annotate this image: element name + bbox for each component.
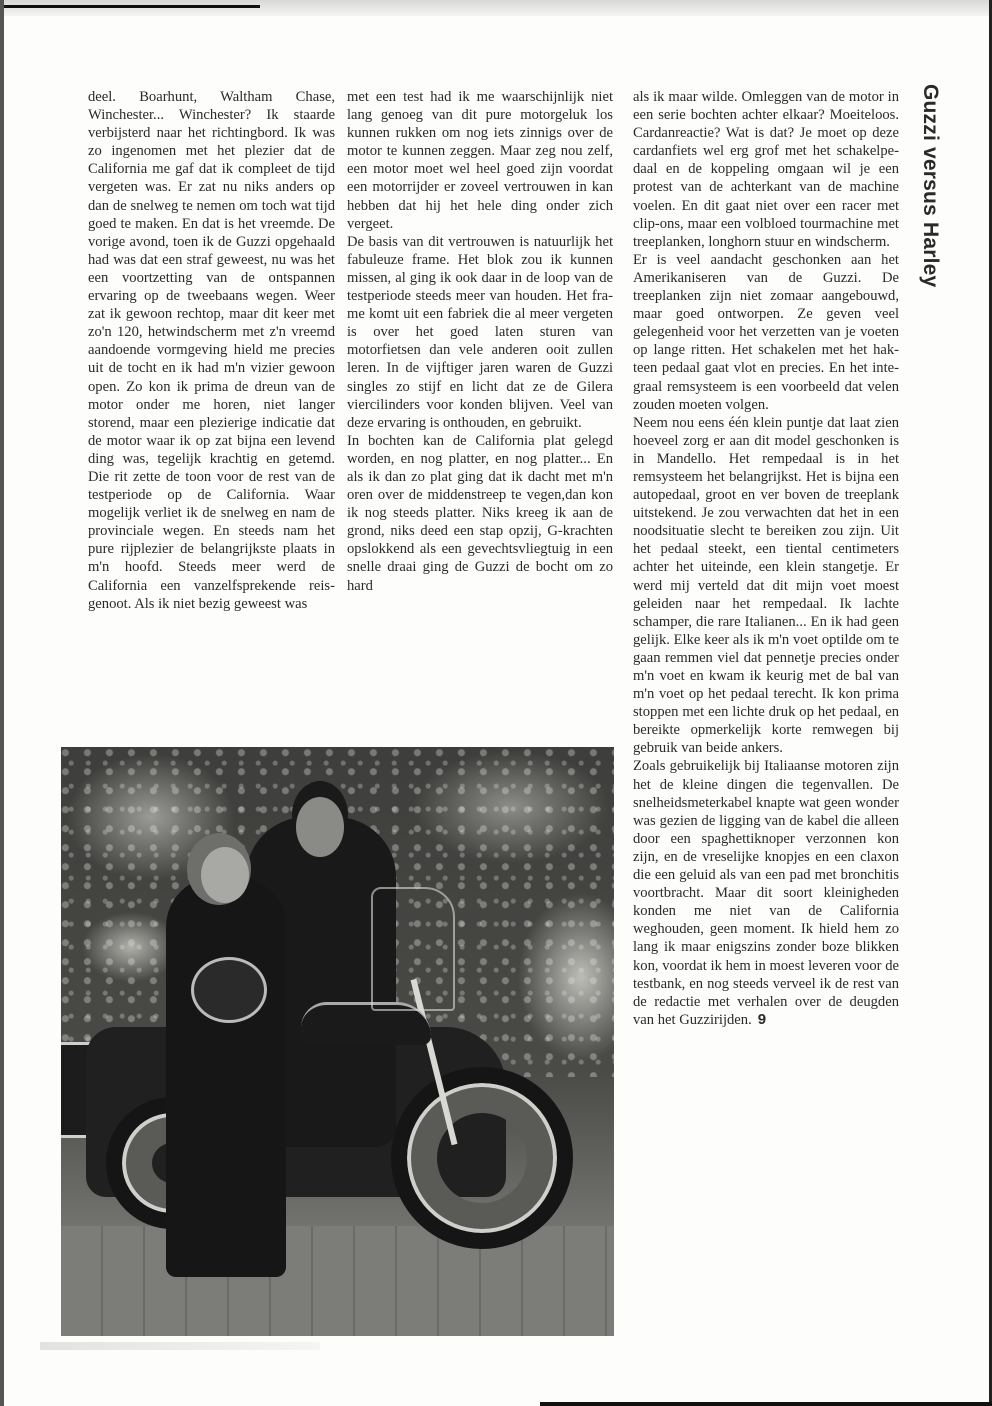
page-number: 9: [758, 1011, 766, 1028]
scan-top-edge: [0, 0, 992, 16]
paragraph-last: Zoals gebruikelijk bij Italiaanse moto­r…: [633, 757, 899, 1028]
article-column-3: als ik maar wilde. Omleggen van de motor…: [633, 88, 899, 1029]
paragraph: met een test had ik me waarschijnlijk ni…: [347, 88, 613, 233]
scan-border-line: [0, 5, 260, 8]
paragraph: De basis van dit vertrouwen is na­tuurli…: [347, 233, 613, 432]
article-column-2: met een test had ik me waarschijnlijk ni…: [347, 88, 613, 595]
paragraph-text: Zoals gebruikelijk bij Italiaanse moto­r…: [633, 758, 899, 1027]
scan-bottom-line: [540, 1402, 992, 1406]
woman-head: [201, 847, 249, 903]
article-column-1: deel. Boarhunt, Waltham Chase, Wincheste…: [88, 88, 335, 613]
paragraph: In bochten kan de California plat ge­leg…: [347, 432, 613, 595]
motorcycle-photo: [61, 747, 614, 1336]
helmet: [191, 957, 267, 1023]
front-wheel: [391, 1067, 573, 1249]
paragraph: Neem nou eens één klein puntje dat laat …: [633, 414, 899, 758]
paragraph: Er is veel aandacht geschonken aan het A…: [633, 251, 899, 414]
paragraph: als ik maar wilde. Omleggen van de motor…: [633, 88, 899, 251]
faded-caption-bleed: [40, 1342, 320, 1350]
windshield: [371, 887, 455, 1011]
paragraph: deel. Boarhunt, Waltham Chase, Wincheste…: [88, 88, 335, 613]
woman-figure: [166, 877, 286, 1277]
paved-ground: [61, 1226, 614, 1336]
scan-left-edge: [0, 0, 4, 1406]
man-head: [296, 797, 344, 857]
section-title: Guzzi versus Harley: [902, 84, 942, 324]
